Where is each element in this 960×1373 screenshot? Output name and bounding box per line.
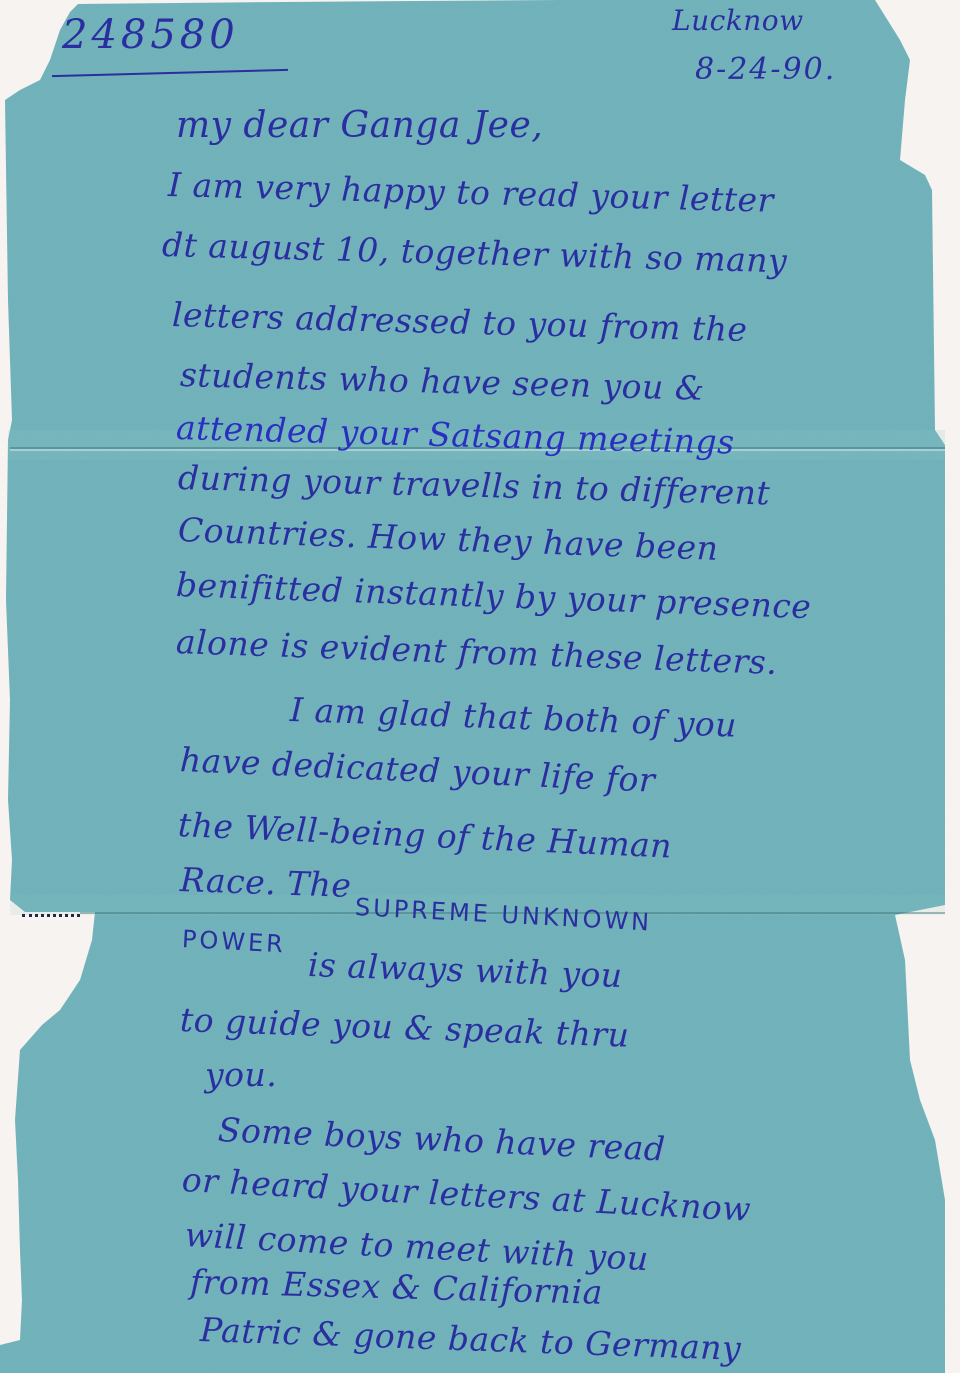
perforation-mark: [22, 914, 80, 917]
body-line-caps: POWER: [181, 925, 286, 958]
body-line: you.: [205, 1055, 277, 1094]
salutation: my dear Ganga Jee,: [176, 105, 543, 146]
reference-number: 248580: [62, 12, 239, 58]
body-line: Race. The: [179, 860, 352, 905]
letter-place: Lucknow: [672, 4, 804, 37]
letter-date: 8-24-90.: [695, 52, 836, 87]
